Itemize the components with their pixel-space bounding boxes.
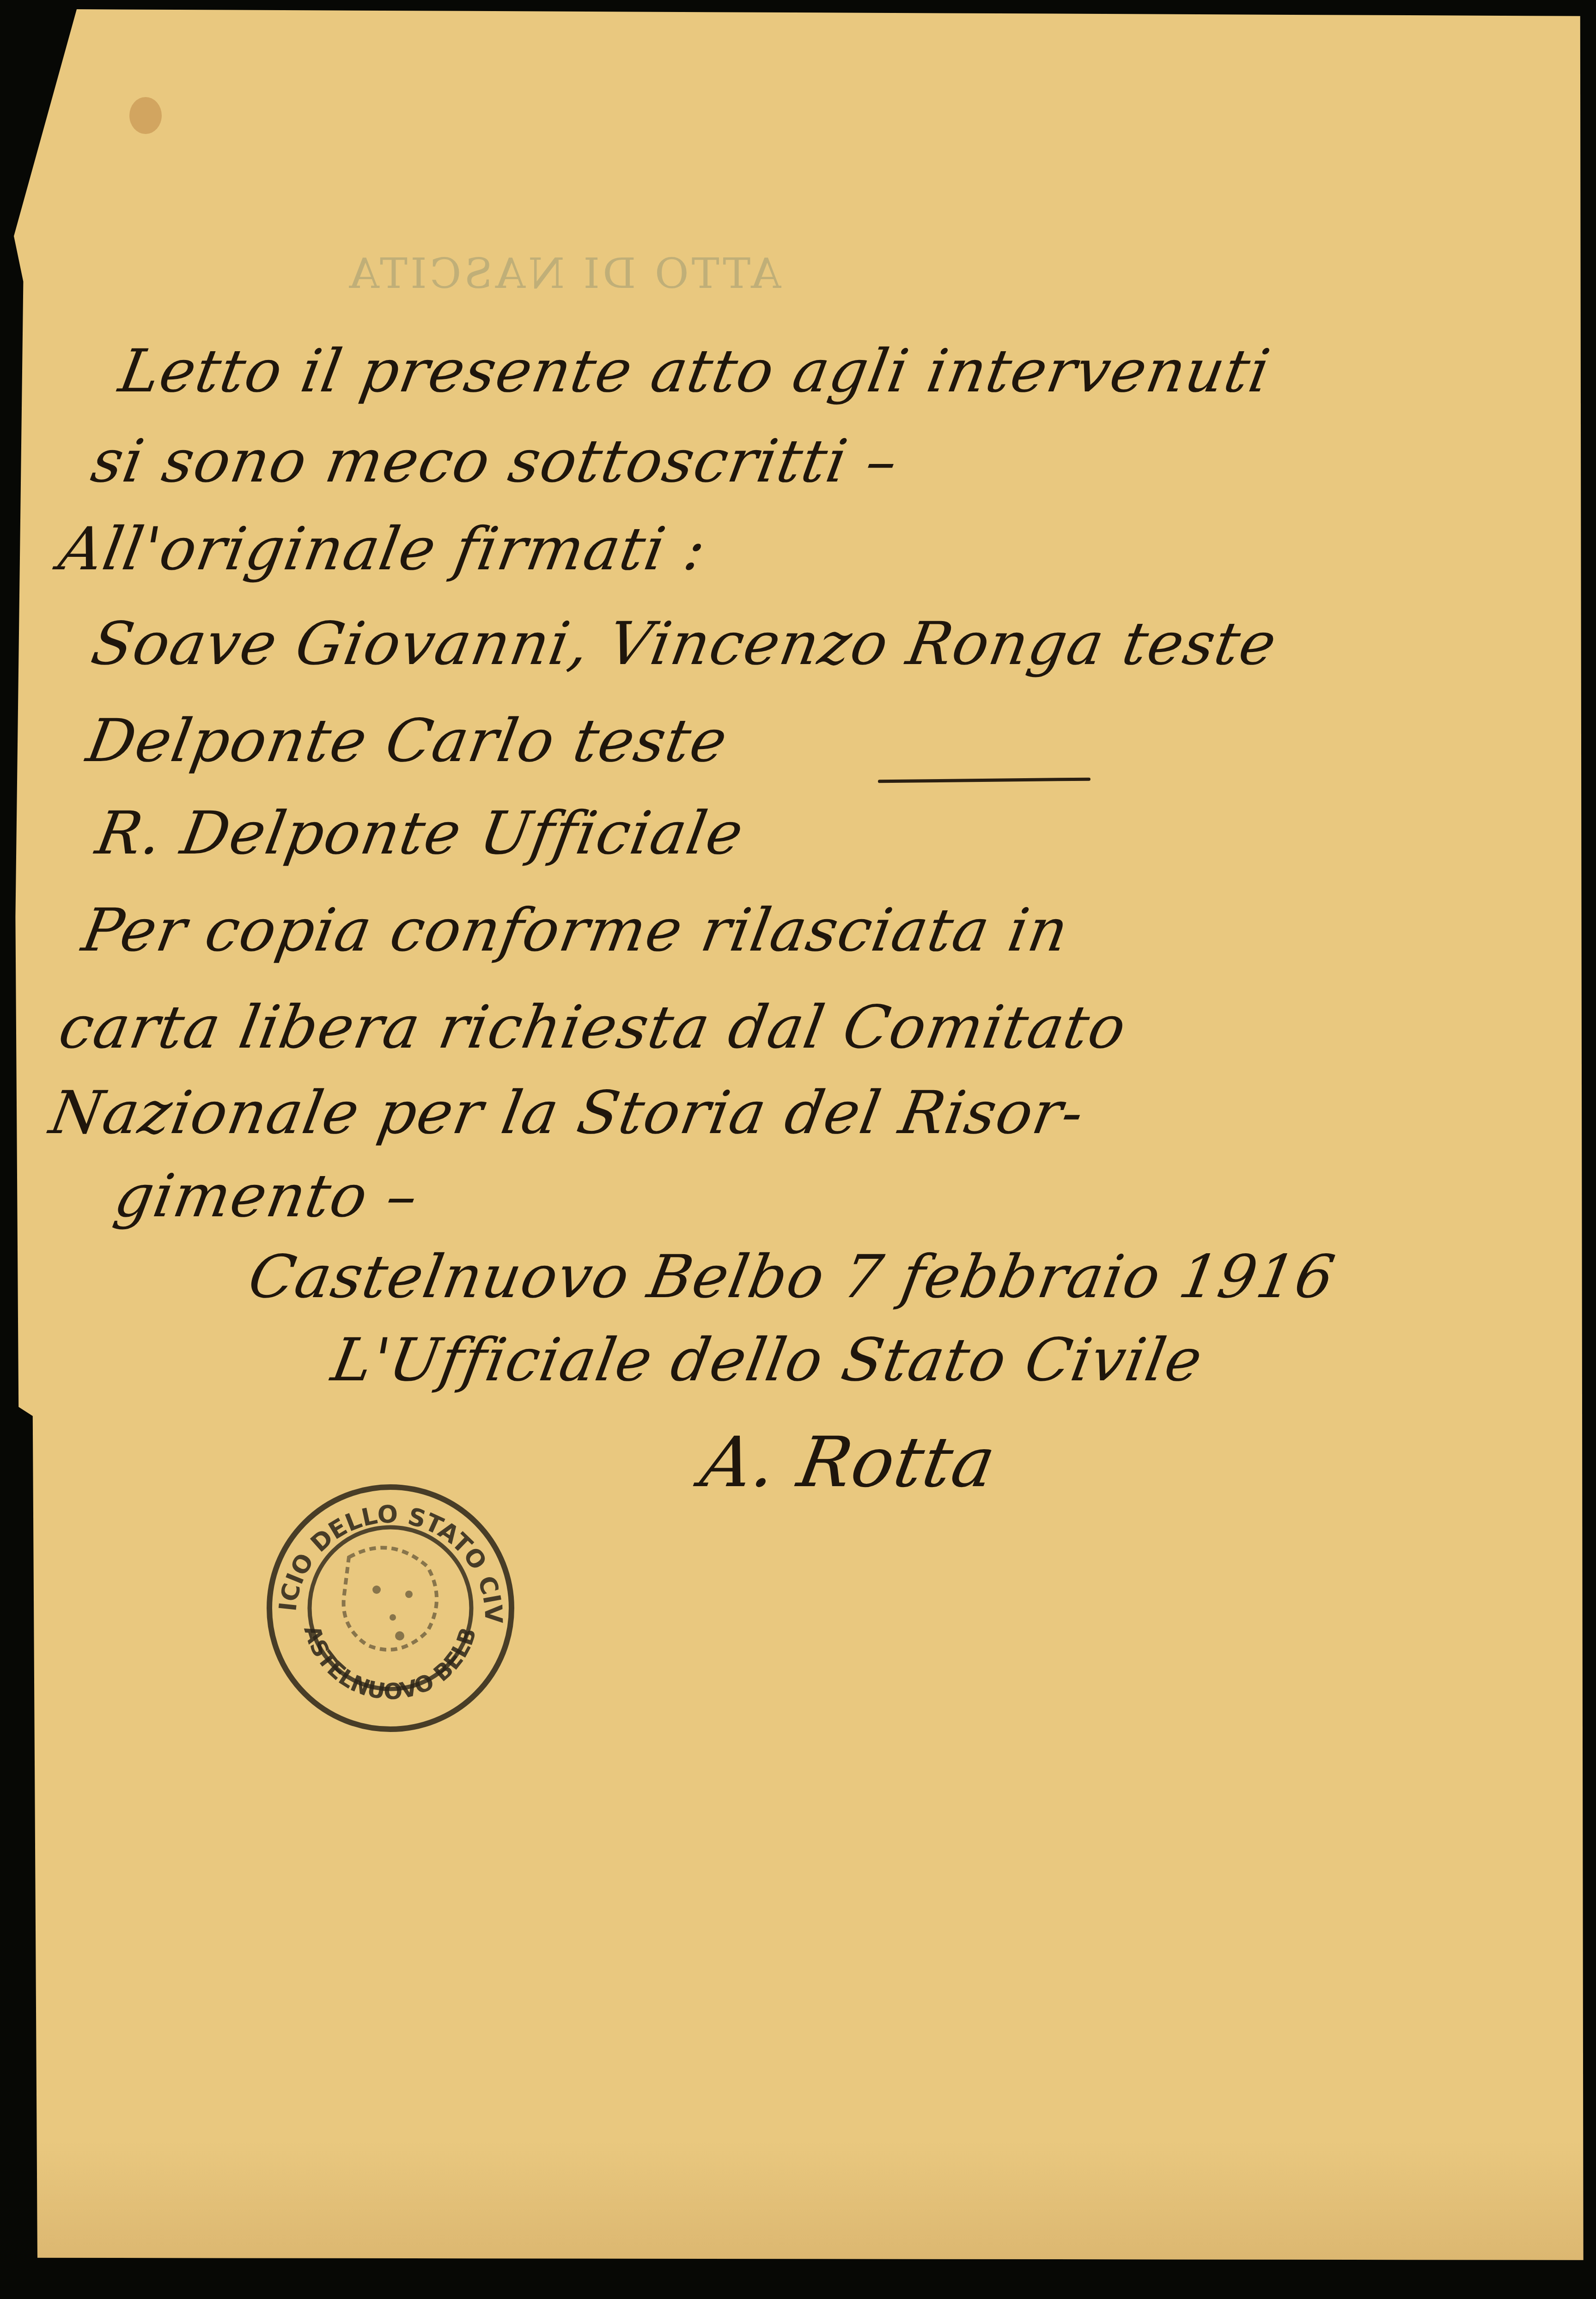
place-date: Castelnuovo Belbo 7 febbraio 1916 <box>244 1248 1340 1307</box>
signature: A. Rotta <box>696 1428 1001 1497</box>
civil-registry-stamp: UFFICIO DELLO STATO CIVILE CASTELNUOVO B… <box>261 1479 520 1738</box>
text-line-2: si sono meco sottoscritti – <box>87 432 902 491</box>
text-line-6: R. Delponte Ufficiale <box>92 804 748 863</box>
text-line-8: carta libera richiesta dal Comitato <box>55 998 1131 1057</box>
signatory-title: L'Ufficiale dello Stato Civile <box>328 1331 1207 1390</box>
text-line-4: Soave Giovanni, Vincenzo Ronga teste <box>87 615 1281 674</box>
stamp-seal-icon: UFFICIO DELLO STATO CIVILE CASTELNUOVO B… <box>261 1479 520 1738</box>
text-line-5: Delponte Carlo teste <box>83 712 732 771</box>
text-line-9: Nazionale per la Storia del Risor- <box>46 1084 1089 1143</box>
foxing-stain <box>129 97 162 134</box>
text-line-10: gimento – <box>110 1167 423 1226</box>
bleed-through-header: ATTO DI NASCITA <box>347 250 781 298</box>
text-line-1: Letto il presente atto agli intervenuti <box>115 342 1275 401</box>
text-line-3: All'originale firmati : <box>55 520 711 579</box>
text-line-7: Per copia conforme rilasciata in <box>78 901 1073 960</box>
